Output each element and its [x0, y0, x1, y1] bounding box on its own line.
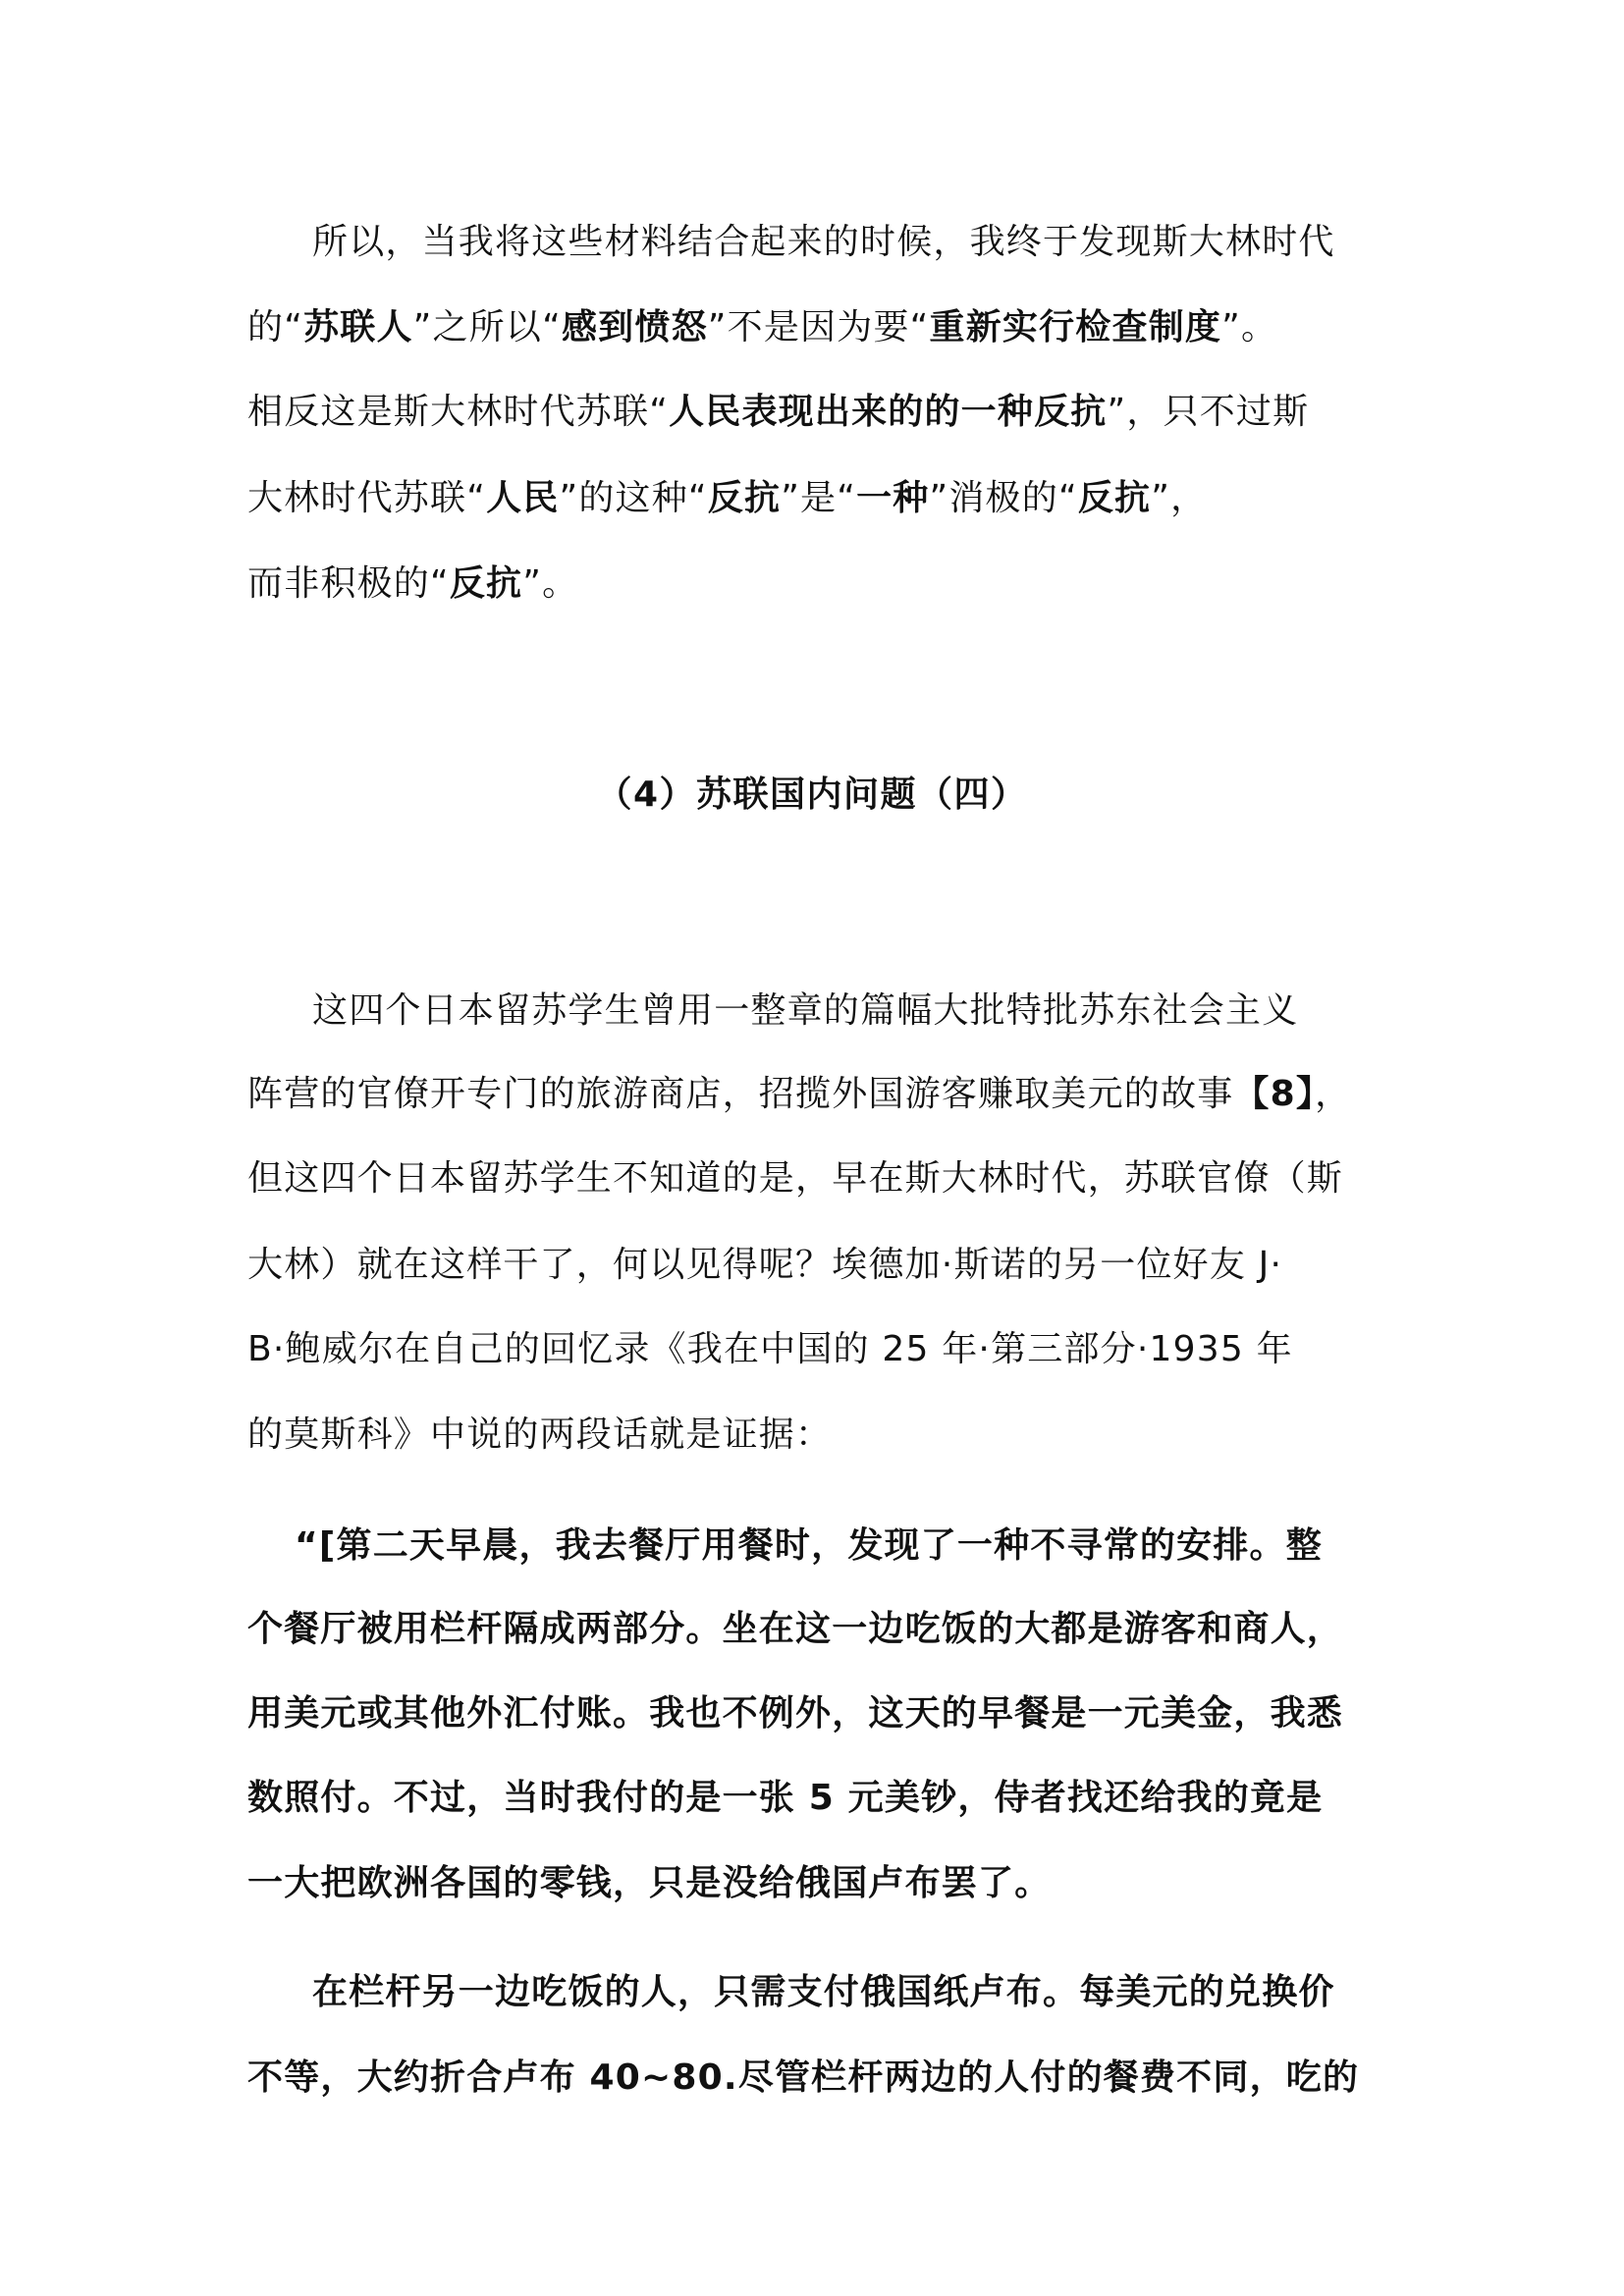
quote-1-line-3: 用美元或其他外汇付账。我也不例外，这天的早餐是一元美金，我悉	[247, 1692, 1396, 1735]
quote-2-line-1: 在栏杆另一边吃饭的人，只需支付俄国纸卢布。每美元的兑换价	[312, 1971, 1461, 2014]
bold-text-run: 在栏杆另一边吃饭的人，只需支付俄国纸卢布。每美元的兑换价	[312, 1972, 1335, 2012]
paragraph-2-line-2: 阵营的官僚开专门的旅游商店，招揽外国游客赚取美元的故事【8】，	[247, 1073, 1396, 1116]
bold-text-run: 人民表现出来的的一种反抗	[669, 392, 1107, 432]
bold-text-run: 反抗	[1078, 478, 1151, 518]
paragraph-2-line-1: 这四个日本留苏学生曾用一整章的篇幅大批特批苏东社会主义	[312, 989, 1461, 1033]
bold-text-run: 不等，大约折合卢布 40~80.尽管栏杆两边的人付的餐费不同，吃的	[247, 2057, 1359, 2098]
text-run: ”之所以“	[413, 307, 562, 347]
bold-text-run: 【8】	[1233, 1074, 1315, 1114]
text-run: B·鲍威尔在自己的回忆录《我在中国的 25 年·第三部分·1935 年	[247, 1329, 1293, 1369]
paragraph-1-line-3: 相反这是斯大林时代苏联“人民表现出来的的一种反抗”，只不过斯	[247, 391, 1396, 434]
bold-text-run: 数照付。不过，当时我付的是一张 5 元美钞，侍者找还给我的竟是	[247, 1778, 1323, 1818]
text-run: ”的这种“	[559, 478, 707, 518]
text-run: ”是“	[781, 478, 856, 518]
text-run: 大林时代苏联“	[247, 478, 486, 518]
quote-1-line-5: 一大把欧洲各国的零钱，只是没给俄国卢布罢了。	[247, 1862, 1396, 1905]
bold-text-run: 用美元或其他外汇付账。我也不例外，这天的早餐是一元美金，我悉	[247, 1693, 1343, 1734]
text-run: 的“	[247, 307, 303, 347]
text-run: ”。	[1221, 307, 1277, 347]
bold-text-run: 人民	[486, 478, 559, 518]
section-heading: （4）苏联国内问题（四）	[0, 774, 1624, 817]
text-run: 但这四个日本留苏学生不知道的是，早在斯大林时代，苏联官僚（斯	[247, 1158, 1343, 1199]
bold-text-run: 反抗	[708, 478, 781, 518]
text-run: ”消极的“	[930, 478, 1078, 518]
text-run: 的莫斯科》中说的两段话就是证据：	[247, 1415, 832, 1455]
paragraph-2-line-6: 的莫斯科》中说的两段话就是证据：	[247, 1414, 1396, 1457]
paragraph-2-line-5: B·鲍威尔在自己的回忆录《我在中国的 25 年·第三部分·1935 年	[247, 1328, 1396, 1371]
text-run: ”，只不过斯	[1107, 392, 1309, 432]
quote-2-line-2: 不等，大约折合卢布 40~80.尽管栏杆两边的人付的餐费不同，吃的	[247, 2056, 1396, 2100]
paragraph-1-line-2: 的“苏联人”之所以“感到愤怒”不是因为要“重新实行检查制度”。	[247, 306, 1396, 349]
bold-text-run: 反抗	[450, 563, 522, 604]
bold-text-run: 苏联人	[303, 307, 413, 347]
quote-1-line-1: “[第二天早晨，我去餐厅用餐时，发现了一种不寻常的安排。整	[295, 1524, 1443, 1568]
text-run: 这四个日本留苏学生曾用一整章的篇幅大批特批苏东社会主义	[312, 990, 1298, 1031]
paragraph-2-line-3: 但这四个日本留苏学生不知道的是，早在斯大林时代，苏联官僚（斯	[247, 1157, 1396, 1201]
text-run: ”，	[1151, 478, 1207, 518]
quote-1-line-2: 个餐厅被用栏杆隔成两部分。坐在这一边吃饭的大都是游客和商人，	[247, 1608, 1396, 1651]
paragraph-1-line-4: 大林时代苏联“人民”的这种“反抗”是“一种”消极的“反抗”，	[247, 477, 1396, 520]
text-run: 相反这是斯大林时代苏联“	[247, 392, 669, 432]
paragraph-1-line-1: 所以，当我将这些材料结合起来的时候，我终于发现斯大林时代	[312, 221, 1461, 264]
bold-text-run: 感到愤怒	[562, 307, 708, 347]
quote-1-line-4: 数照付。不过，当时我付的是一张 5 元美钞，侍者找还给我的竟是	[247, 1777, 1396, 1820]
text-run: 而非积极的“	[247, 563, 450, 604]
bold-text-run: 个餐厅被用栏杆隔成两部分。坐在这一边吃饭的大都是游客和商人，	[247, 1609, 1343, 1649]
text-run: ”不是因为要“	[708, 307, 930, 347]
text-run: 阵营的官僚开专门的旅游商店，招揽外国游客赚取美元的故事	[247, 1074, 1233, 1114]
bold-text-run: 重新实行检查制度	[930, 307, 1222, 347]
text-run: 大林）就在这样干了，何以见得呢？埃德加·斯诺的另一位好友 J·	[247, 1245, 1282, 1285]
bold-text-run: 一种	[856, 478, 929, 518]
bold-text-run: 一大把欧洲各国的零钱，只是没给俄国卢布罢了。	[247, 1863, 1051, 1903]
document-page: 所以，当我将这些材料结合起来的时候，我终于发现斯大林时代 的“苏联人”之所以“感…	[0, 0, 1624, 2296]
text-run: ”。	[522, 563, 578, 604]
paragraph-1-line-5: 而非积极的“反抗”。	[247, 562, 1396, 606]
text-run: ，	[1315, 1074, 1351, 1114]
paragraph-2-line-4: 大林）就在这样干了，何以见得呢？埃德加·斯诺的另一位好友 J·	[247, 1244, 1396, 1287]
bold-text-run: “[第二天早晨，我去餐厅用餐时，发现了一种不寻常的安排。整	[295, 1525, 1323, 1566]
text-run: 所以，当我将这些材料结合起来的时候，我终于发现斯大林时代	[312, 222, 1335, 262]
